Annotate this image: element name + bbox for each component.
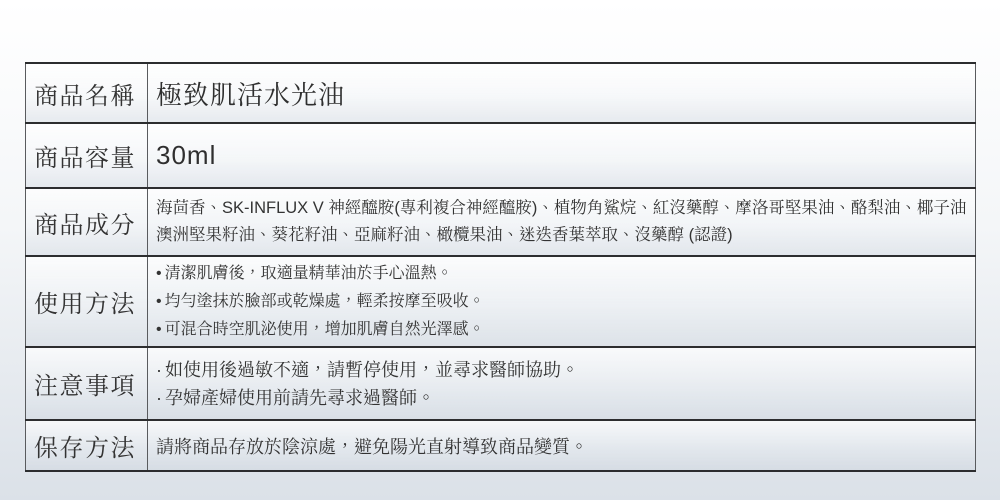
row-value-ingredients: 海茴香、SK-INFLUX V 神經醯胺(專利複合神經醯胺)、植物角鯊烷、紅沒藥… — [148, 188, 976, 256]
usage-step-text: 清潔肌膚後，取適量精華油於手心溫熱。 — [165, 265, 453, 282]
table-row-storage: 保存方法 請將商品存放於陰涼處，避免陽光直射導致商品變質。 — [26, 420, 976, 471]
row-label-ingredients: 商品成分 — [26, 188, 148, 256]
row-label-precautions: 注意事項 — [26, 347, 148, 420]
bullet-marker: · — [156, 356, 162, 384]
usage-step-text: 均勻塗抹於臉部或乾燥處，輕柔按摩至吸收。 — [165, 293, 485, 310]
usage-step: •清潔肌膚後，取適量精華油於手心溫熱。 — [156, 260, 967, 288]
label-text: 商品成分 — [34, 212, 136, 239]
row-label-storage: 保存方法 — [26, 420, 148, 471]
bullet-marker: · — [156, 384, 162, 412]
row-label-usage: 使用方法 — [26, 256, 148, 347]
product-volume-text: 30ml — [156, 140, 216, 170]
storage-text: 請將商品存放於陰涼處，避免陽光直射導致商品變質。 — [156, 437, 588, 457]
label-text: 注意事項 — [34, 373, 136, 400]
label-text: 商品名稱 — [34, 83, 136, 110]
product-info-section: 商品名稱 極致肌活水光油 商品容量 30ml 商品成分 海茴香、SK-INFLU… — [25, 62, 976, 472]
label-text: 使用方法 — [34, 291, 136, 318]
table-row-ingredients: 商品成分 海茴香、SK-INFLUX V 神經醯胺(專利複合神經醯胺)、植物角鯊… — [26, 188, 976, 256]
bullet-marker: • — [156, 260, 162, 288]
product-info-table: 商品名稱 極致肌活水光油 商品容量 30ml 商品成分 海茴香、SK-INFLU… — [25, 62, 976, 472]
row-label-product-name: 商品名稱 — [26, 63, 148, 123]
usage-step-text: 可混合時空肌泌使用，增加肌膚自然光澤感。 — [165, 321, 485, 338]
bullet-marker: • — [156, 316, 162, 344]
table-row-precautions: 注意事項 ·如使用後過敏不適，請暫停使用，並尋求醫師協助。 ·孕婦產婦使用前請先… — [26, 347, 976, 420]
row-value-product-volume: 30ml — [148, 123, 976, 188]
row-value-precautions: ·如使用後過敏不適，請暫停使用，並尋求醫師協助。 ·孕婦產婦使用前請先尋求過醫師… — [148, 347, 976, 420]
row-label-product-volume: 商品容量 — [26, 123, 148, 188]
row-value-product-name: 極致肌活水光油 — [148, 63, 976, 123]
usage-step: •可混合時空肌泌使用，增加肌膚自然光澤感。 — [156, 316, 967, 344]
ingredients-line-2: 澳洲堅果籽油、葵花籽油、亞麻籽油、橄欖果油、迷迭香葉萃取、沒藥醇 (認證) — [156, 222, 967, 249]
bullet-marker: • — [156, 288, 162, 316]
ingredients-line-1: 海茴香、SK-INFLUX V 神經醯胺(專利複合神經醯胺)、植物角鯊烷、紅沒藥… — [156, 195, 967, 222]
row-value-storage: 請將商品存放於陰涼處，避免陽光直射導致商品變質。 — [148, 420, 976, 471]
table-row-usage: 使用方法 •清潔肌膚後，取適量精華油於手心溫熱。 •均勻塗抹於臉部或乾燥處，輕柔… — [26, 256, 976, 347]
label-text: 保存方法 — [34, 435, 136, 462]
table-row-product-name: 商品名稱 極致肌活水光油 — [26, 63, 976, 123]
usage-step: •均勻塗抹於臉部或乾燥處，輕柔按摩至吸收。 — [156, 288, 967, 316]
row-value-usage: •清潔肌膚後，取適量精華油於手心溫熱。 •均勻塗抹於臉部或乾燥處，輕柔按摩至吸收… — [148, 256, 976, 347]
product-name-text: 極致肌活水光油 — [156, 80, 345, 110]
precaution-item: ·孕婦產婦使用前請先尋求過醫師。 — [156, 384, 967, 412]
precaution-item: ·如使用後過敏不適，請暫停使用，並尋求醫師協助。 — [156, 356, 967, 384]
table-row-product-volume: 商品容量 30ml — [26, 123, 976, 188]
precaution-item-text: 孕婦產婦使用前請先尋求過醫師。 — [165, 388, 435, 408]
label-text: 商品容量 — [34, 145, 136, 172]
precaution-item-text: 如使用後過敏不適，請暫停使用，並尋求醫師協助。 — [165, 360, 579, 380]
